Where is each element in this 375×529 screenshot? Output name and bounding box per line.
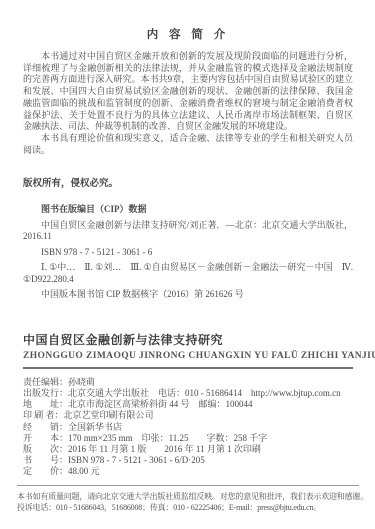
divider-rule-top: [23, 367, 353, 369]
cip-heading: 图书在版编目（CIP）数据: [23, 204, 353, 216]
colophon-row: 定 价： 48.00 元: [23, 466, 353, 477]
footer-note-line1: 本书如有质量问题，请向北京交通大学出版社质监组反映。对您的意见和批评，我们表示欢…: [17, 491, 353, 502]
copyright-notice: 版权所有，侵权必究。: [23, 175, 353, 189]
colophon-row: 责任编辑： 孙晓萌: [23, 377, 353, 388]
colophon-value: 2016 年 11 月第 1 版 2016 年 11 月第 1 次印刷: [68, 444, 353, 455]
colophon-value: 170 mm×235 mm 印张：11.25 字数：258 千字: [68, 433, 353, 444]
colophon-row: 地 址： 北京市海淀区高梁桥斜街 44 号 邮编：100044: [23, 399, 353, 410]
colophon-value: 北京艺堂印刷有限公司: [64, 410, 353, 421]
cip-entry: 中国自贸区金融创新与法律支持研究/刘正著．—北京：北京交通大学出版社，2016.…: [23, 220, 353, 243]
colophon-label: 印 刷 者：: [23, 410, 64, 421]
colophon-value: 北京市海淀区高梁桥斜街 44 号 邮编：100044: [68, 399, 353, 410]
colophon-value: ISBN 978 - 7 - 5121 - 3061 - 6/D·205: [68, 455, 353, 466]
intro-heading: 内 容 简 介: [23, 26, 353, 42]
colophon-label: 经 销：: [23, 422, 68, 433]
cip-record: 中国版本图书馆 CIP 数据核字（2016）第 261626 号: [23, 289, 353, 301]
colophon-label: 责任编辑：: [23, 377, 68, 388]
colophon-label: 书 号：: [23, 455, 68, 466]
colophon-label: 开 本：: [23, 433, 68, 444]
colophon-label: 定 价：: [23, 466, 68, 477]
book-title: 中国自贸区金融创新与法律支持研究: [23, 331, 353, 348]
colophon-value: 孙晓萌: [68, 377, 353, 388]
colophon-row: 版 次： 2016 年 11 月第 1 版 2016 年 11 月第 1 次印刷: [23, 444, 353, 455]
intro-paragraph: 本书具有理论价值和现实意义，适合金融、法律等专业的学生和相关研究人员阅读。: [23, 133, 353, 156]
colophon-row: 书 号： ISBN 978 - 7 - 5121 - 3061 - 6/D·20…: [23, 455, 353, 466]
colophon-section: 责任编辑： 孙晓萌 出版发行： 北京交通大学出版社 电话：010 - 51686…: [23, 377, 353, 478]
colophon-value: 北京交通大学出版社 电话：010 - 51686414 http://www.b…: [68, 388, 353, 399]
footer-note-line2: 投诉电话：010 - 51686043，51686008；传真：010 - 62…: [17, 502, 353, 513]
colophon-row: 开 本： 170 mm×235 mm 印张：11.25 字数：258 千字: [23, 433, 353, 444]
cip-section: 图书在版编目（CIP）数据 中国自贸区金融创新与法律支持研究/刘正著．—北京：北…: [23, 204, 353, 301]
intro-paragraph: 本书通过对中国自贸区金融开放和创新的发展及现阶段面临的问题进行分析，详细梳理了与…: [23, 51, 353, 133]
footer-note: 本书如有质量问题，请向北京交通大学出版社质监组反映。对您的意见和批评，我们表示欢…: [17, 491, 353, 513]
colophon-value: 48.00 元: [68, 466, 353, 477]
title-block: 中国自贸区金融创新与法律支持研究 ZHONGGUO ZIMAOQU JINRON…: [23, 331, 353, 361]
cip-classification: Ⅰ. ①中… Ⅱ. ①刘… Ⅲ. ①自由贸易区－金融创新－金融法－研究－中国 Ⅳ…: [23, 262, 353, 285]
cip-isbn: ISBN 978 - 7 - 5121 - 3061 - 6: [23, 247, 353, 259]
colophon-label: 出版发行：: [23, 388, 68, 399]
intro-section: 内 容 简 介 本书通过对中国自贸区金融开放和创新的发展及现阶段面临的问题进行分…: [23, 26, 353, 156]
colophon-value: 全国新华书店: [68, 422, 353, 433]
copyright-page: 内 容 简 介 本书通过对中国自贸区金融开放和创新的发展及现阶段面临的问题进行分…: [0, 0, 375, 529]
colophon-row: 印 刷 者： 北京艺堂印刷有限公司: [23, 410, 353, 421]
colophon-row: 经 销： 全国新华书店: [23, 422, 353, 433]
book-title-pinyin: ZHONGGUO ZIMAOQU JINRONG CHUANGXIN YU FA…: [23, 351, 353, 361]
colophon-label: 地 址：: [23, 399, 68, 410]
divider-rule-bottom: [17, 485, 359, 486]
colophon-row: 出版发行： 北京交通大学出版社 电话：010 - 51686414 http:/…: [23, 388, 353, 399]
colophon-label: 版 次：: [23, 444, 68, 455]
